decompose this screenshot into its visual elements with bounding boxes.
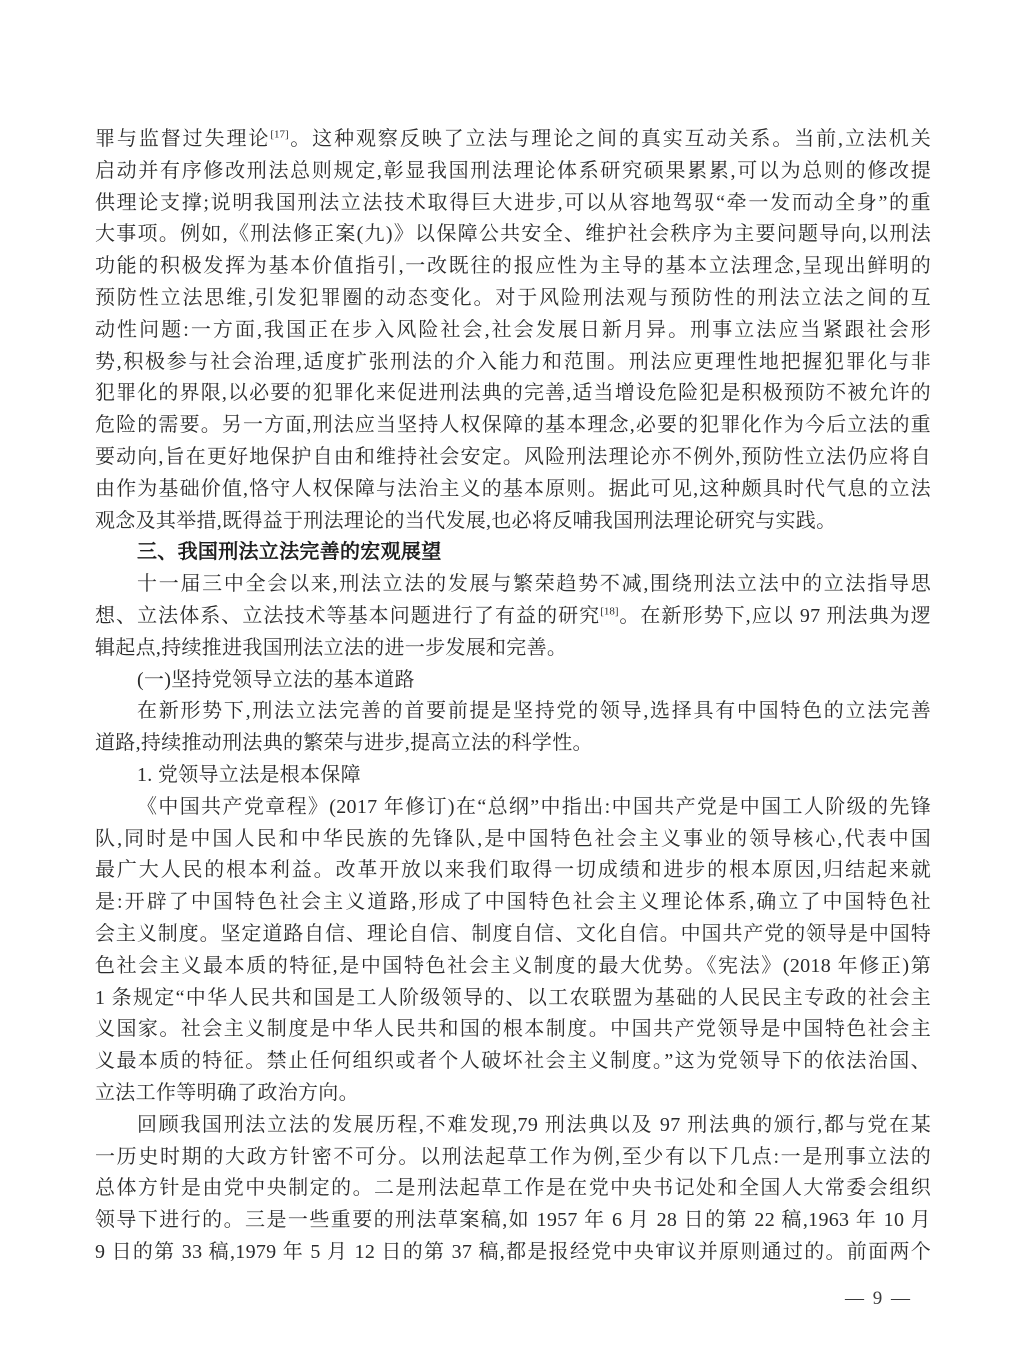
line-text: 。这种观察反映了立法与理论之间的真实互动关系。当前,立法机关 (289, 128, 931, 150)
line-text: 想、立法体系、立法技术等基本问题进行了有益的研究 (95, 605, 600, 627)
text-line: 最广大人民的根本利益。改革开放以来我们取得一切成绩和进步的根本原因,归结起来就 (95, 855, 931, 887)
text-line: 在新形势下,刑法立法完善的首要前提是坚持党的领导,选择具有中国特色的立法完善 (95, 696, 931, 728)
text-line: 十一届三中全会以来,刑法立法的发展与繁荣趋势不减,围绕刑法立法中的立法指导思 (95, 569, 931, 601)
text-line: 供理论支撑;说明我国刑法立法技术取得巨大进步,可以从容地驾驭“牵一发而动全身”的… (95, 188, 931, 220)
text-line: 义最本质的特征。禁止任何组织或者个人破坏社会主义制度。”这为党领导下的依法治国、 (95, 1046, 931, 1078)
text-line: 危险的需要。另一方面,刑法应当坚持人权保障的基本理念,必要的犯罪化作为今后立法的… (95, 410, 931, 442)
text-line: 动性问题:一方面,我国正在步入风险社会,社会发展日新月异。刑事立法应当紧跟社会形 (95, 315, 931, 347)
text-line: 辑起点,持续推进我国刑法立法的进一步发展和完善。 (95, 633, 931, 665)
text-line: 是:开辟了中国特色社会主义道路,形成了中国特色社会主义理论体系,确立了中国特色社 (95, 887, 931, 919)
text-line: 《中国共产党章程》(2017 年修订)在“总纲”中指出:中国共产党是中国工人阶级… (95, 792, 931, 824)
text-line: 队,同时是中国人民和中华民族的先锋队,是中国特色社会主义事业的领导核心,代表中国 (95, 824, 931, 856)
text-line: 立法工作等明确了政治方向。 (95, 1078, 931, 1110)
document-page: 罪与监督过失理论[17]。这种观察反映了立法与理论之间的真实互动关系。当前,立法… (0, 0, 1024, 1365)
text-line: 义国家。社会主义制度是中华人民共和国的根本制度。中国共产党领导是中国特色社会主 (95, 1014, 931, 1046)
text-line: 领导下进行的。三是一些重要的刑法草案稿,如 1957 年 6 月 28 日的第 … (95, 1205, 931, 1237)
page-number: — 9 — (845, 1288, 912, 1310)
text-line: 预防性立法思维,引发犯罪圈的动态变化。对于风险刑法观与预防性的刑法立法之间的互 (95, 283, 931, 315)
text-line: 总体方针是由党中央制定的。二是刑法起草工作是在党中央书记处和全国人大常委会组织 (95, 1173, 931, 1205)
text-line: 由作为基础价值,恪守人权保障与法治主义的基本原则。据此可见,这种颇具时代气息的立… (95, 474, 931, 506)
text-line: 罪与监督过失理论[17]。这种观察反映了立法与理论之间的真实互动关系。当前,立法… (95, 124, 931, 156)
text-line: 回顾我国刑法立法的发展历程,不难发现,79 刑法典以及 97 刑法典的颁行,都与… (95, 1110, 931, 1142)
text-line: 1 条规定“中华人民共和国是工人阶级领导的、以工农联盟为基础的人民民主专政的社会… (95, 983, 931, 1015)
text-line: 9 日的第 33 稿,1979 年 5 月 12 日的第 37 稿,都是报经党中… (95, 1237, 931, 1269)
text-line: 功能的积极发挥为基本价值指引,一改既往的报应性为主导的基本立法理念,呈现出鲜明的 (95, 251, 931, 283)
section-heading: 三、我国刑法立法完善的宏观展望 (95, 537, 931, 569)
line-text: 罪与监督过失理论 (95, 128, 270, 150)
footnote-ref: [18] (600, 605, 618, 617)
footnote-ref: [17] (270, 128, 288, 140)
text-line: 想、立法体系、立法技术等基本问题进行了有益的研究[18]。在新形势下,应以 97… (95, 601, 931, 633)
text-line: 道路,持续推动刑法典的繁荣与进步,提高立法的科学性。 (95, 728, 931, 760)
subsection-heading: (一)坚持党领导立法的基本道路 (95, 665, 931, 697)
text-line: 会主义制度。坚定道路自信、理论自信、制度自信、文化自信。中国共产党的领导是中国特 (95, 919, 931, 951)
text-line: 一历史时期的大政方针密不可分。以刑法起草工作为例,至少有以下几点:一是刑事立法的 (95, 1142, 931, 1174)
text-line: 犯罪化的界限,以必要的犯罪化来促进刑法典的完善,适当增设危险犯是积极预防不被允许… (95, 378, 931, 410)
text-line: 大事项。例如,《刑法修正案(九)》以保障公共安全、维护社会秩序为主要问题导向,以… (95, 219, 931, 251)
text-line: 色社会主义最本质的特征,是中国特色社会主义制度的最大优势。《宪法》(2018 年… (95, 951, 931, 983)
text-line: 启动并有序修改刑法总则规定,彰显我国刑法理论体系研究硕果累累,可以为总则的修改提 (95, 156, 931, 188)
text-line: 势,积极参与社会治理,适度扩张刑法的介入能力和范围。刑法应更理性地把握犯罪化与非 (95, 347, 931, 379)
text-line: 观念及其举措,既得益于刑法理论的当代发展,也必将反哺我国刑法理论研究与实践。 (95, 506, 931, 538)
text-line: 要动向,旨在更好地保护自由和维持社会安定。风险刑法理论亦不例外,预防性立法仍应将… (95, 442, 931, 474)
line-text: 。在新形势下,应以 97 刑法典为逻 (619, 605, 931, 627)
numbered-heading: 1. 党领导立法是根本保障 (95, 760, 931, 792)
text-block: 罪与监督过失理论[17]。这种观察反映了立法与理论之间的真实互动关系。当前,立法… (95, 124, 931, 1269)
